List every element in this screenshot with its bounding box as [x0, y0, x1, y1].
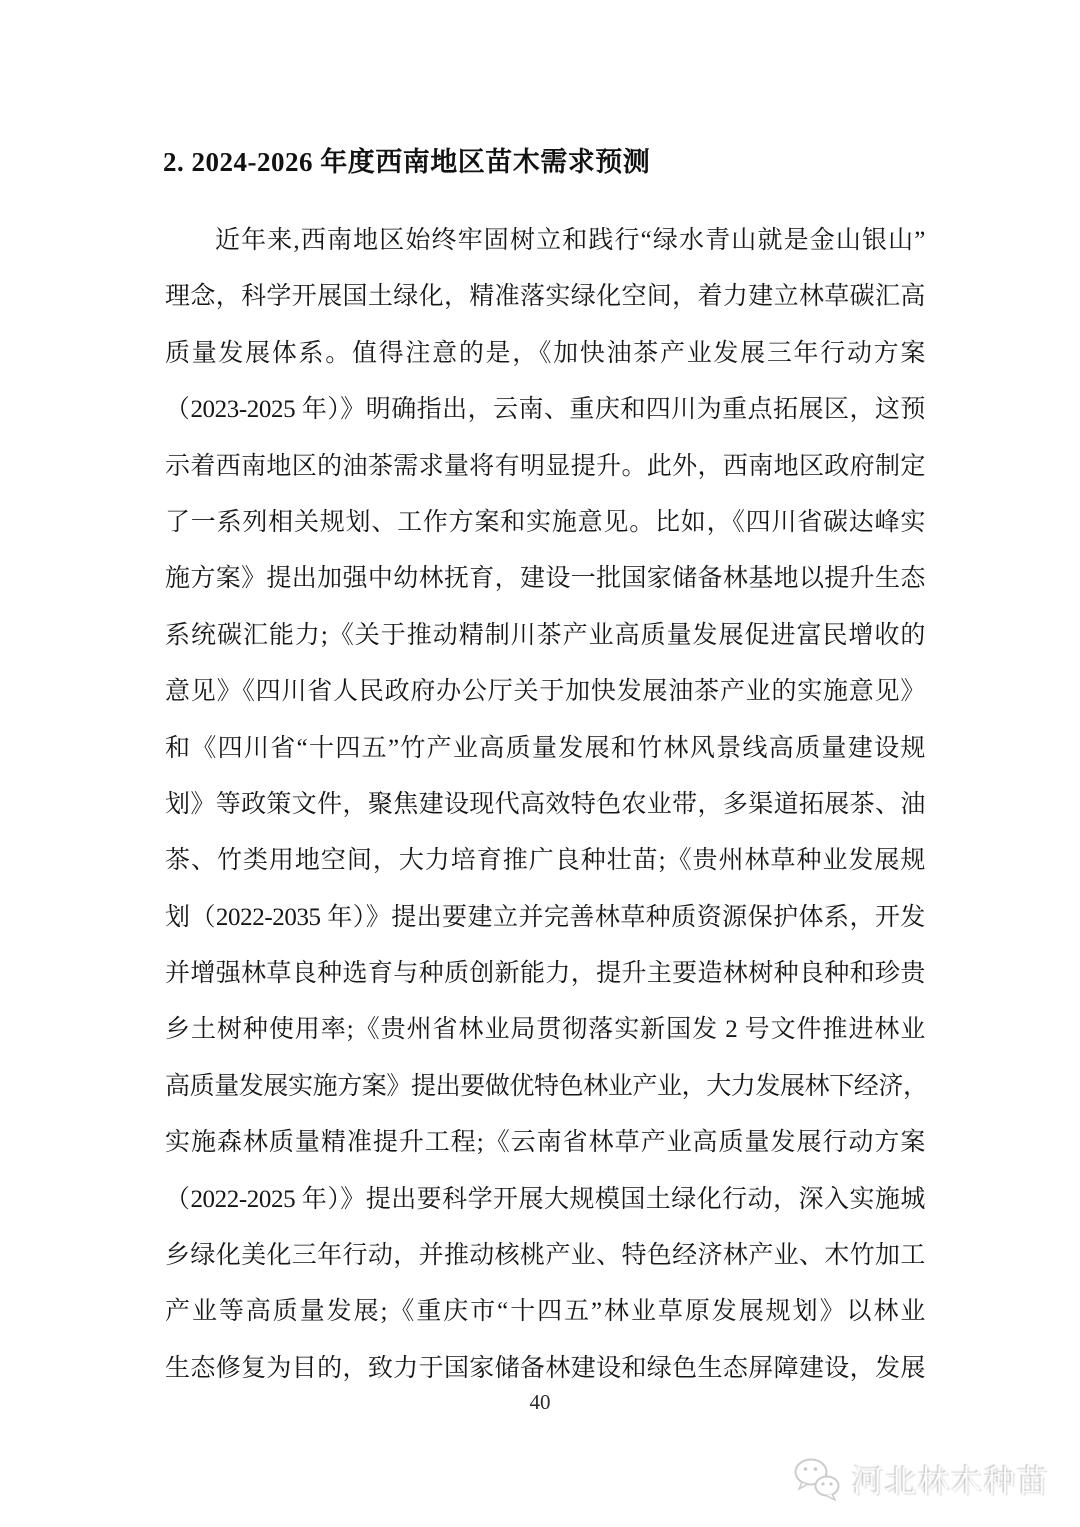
paragraph-line: 生态修复为目的，致力于国家储备林建设和绿色生态屏障建设，发展 [165, 1341, 925, 1397]
paragraph-line: （2023-2025 年）》明确指出，云南、重庆和四川为重点拓展区，这预 [165, 382, 925, 438]
paragraph-line: 茶、竹类用地空间，大力培育推广良种壮苗;《贵州林草种业发展规 [165, 833, 925, 889]
paragraph-line: 乡土树种使用率;《贵州省林业局贯彻落实新国发 2 号文件推进林业 [165, 1002, 925, 1058]
document-page: 2. 2024-2026 年度西南地区苗木需求预测 近年来,西南地区始终牢固树立… [0, 0, 1080, 1527]
watermark: 河北林木种苗 [792, 1456, 1050, 1501]
paragraph-line: 和《四川省“十四五”竹产业高质量发展和竹林风景线高质量建设规 [165, 721, 925, 777]
paragraph-line: 系统碳汇能力;《关于推动精制川茶产业高质量发展促进富民增收的 [165, 608, 925, 664]
paragraph-line: （2022-2025 年）》提出要科学开展大规模国土绿化行动，深入实施城 [165, 1172, 925, 1228]
wechat-icon [792, 1457, 842, 1501]
paragraph: 近年来,西南地区始终牢固树立和践行“绿水青山就是金山银山”理念，科学开展国土绿化… [165, 213, 925, 1397]
page-number: 40 [0, 1390, 1080, 1415]
paragraph-line: 实施森林质量精准提升工程;《云南省林草产业高质量发展行动方案 [165, 1115, 925, 1171]
paragraph-line: 并增强林草良种选育与种质创新能力，提升主要造林树种良种和珍贵 [165, 946, 925, 1002]
paragraph-line: 高质量发展实施方案》提出要做优特色林业产业，大力发展林下经济， [165, 1059, 925, 1115]
paragraph-line: 划》等政策文件，聚焦建设现代高效特色农业带，多渠道拓展茶、油 [165, 777, 925, 833]
paragraph-line: 示着西南地区的油茶需求量将有明显提升。此外，西南地区政府制定 [165, 439, 925, 495]
paragraph-line: 意见》《四川省人民政府办公厅关于加快发展油茶产业的实施意见》 [165, 664, 925, 720]
paragraph-line: 质量发展体系。值得注意的是，《加快油茶产业发展三年行动方案 [165, 326, 925, 382]
paragraph-line: 理念，科学开展国土绿化，精准落实绿化空间，着力建立林草碳汇高 [165, 269, 925, 325]
paragraph-line: 产业等高质量发展;《重庆市“十四五”林业草原发展规划》以林业 [165, 1284, 925, 1340]
paragraph-line: 乡绿化美化三年行动，并推动核桃产业、特色经济林产业、木竹加工 [165, 1228, 925, 1284]
paragraph-line: 近年来,西南地区始终牢固树立和践行“绿水青山就是金山银山” [165, 213, 925, 269]
paragraph-line: 施方案》提出加强中幼林抚育，建设一批国家储备林基地以提升生态 [165, 551, 925, 607]
paragraph-line: 了一系列相关规划、工作方案和实施意见。比如，《四川省碳达峰实 [165, 495, 925, 551]
paragraph-line: 划（2022-2035 年）》提出要建立并完善林草种质资源保护体系，开发 [165, 890, 925, 946]
watermark-label: 河北林木种苗 [852, 1456, 1050, 1501]
section-heading: 2. 2024-2026 年度西南地区苗木需求预测 [163, 140, 943, 179]
